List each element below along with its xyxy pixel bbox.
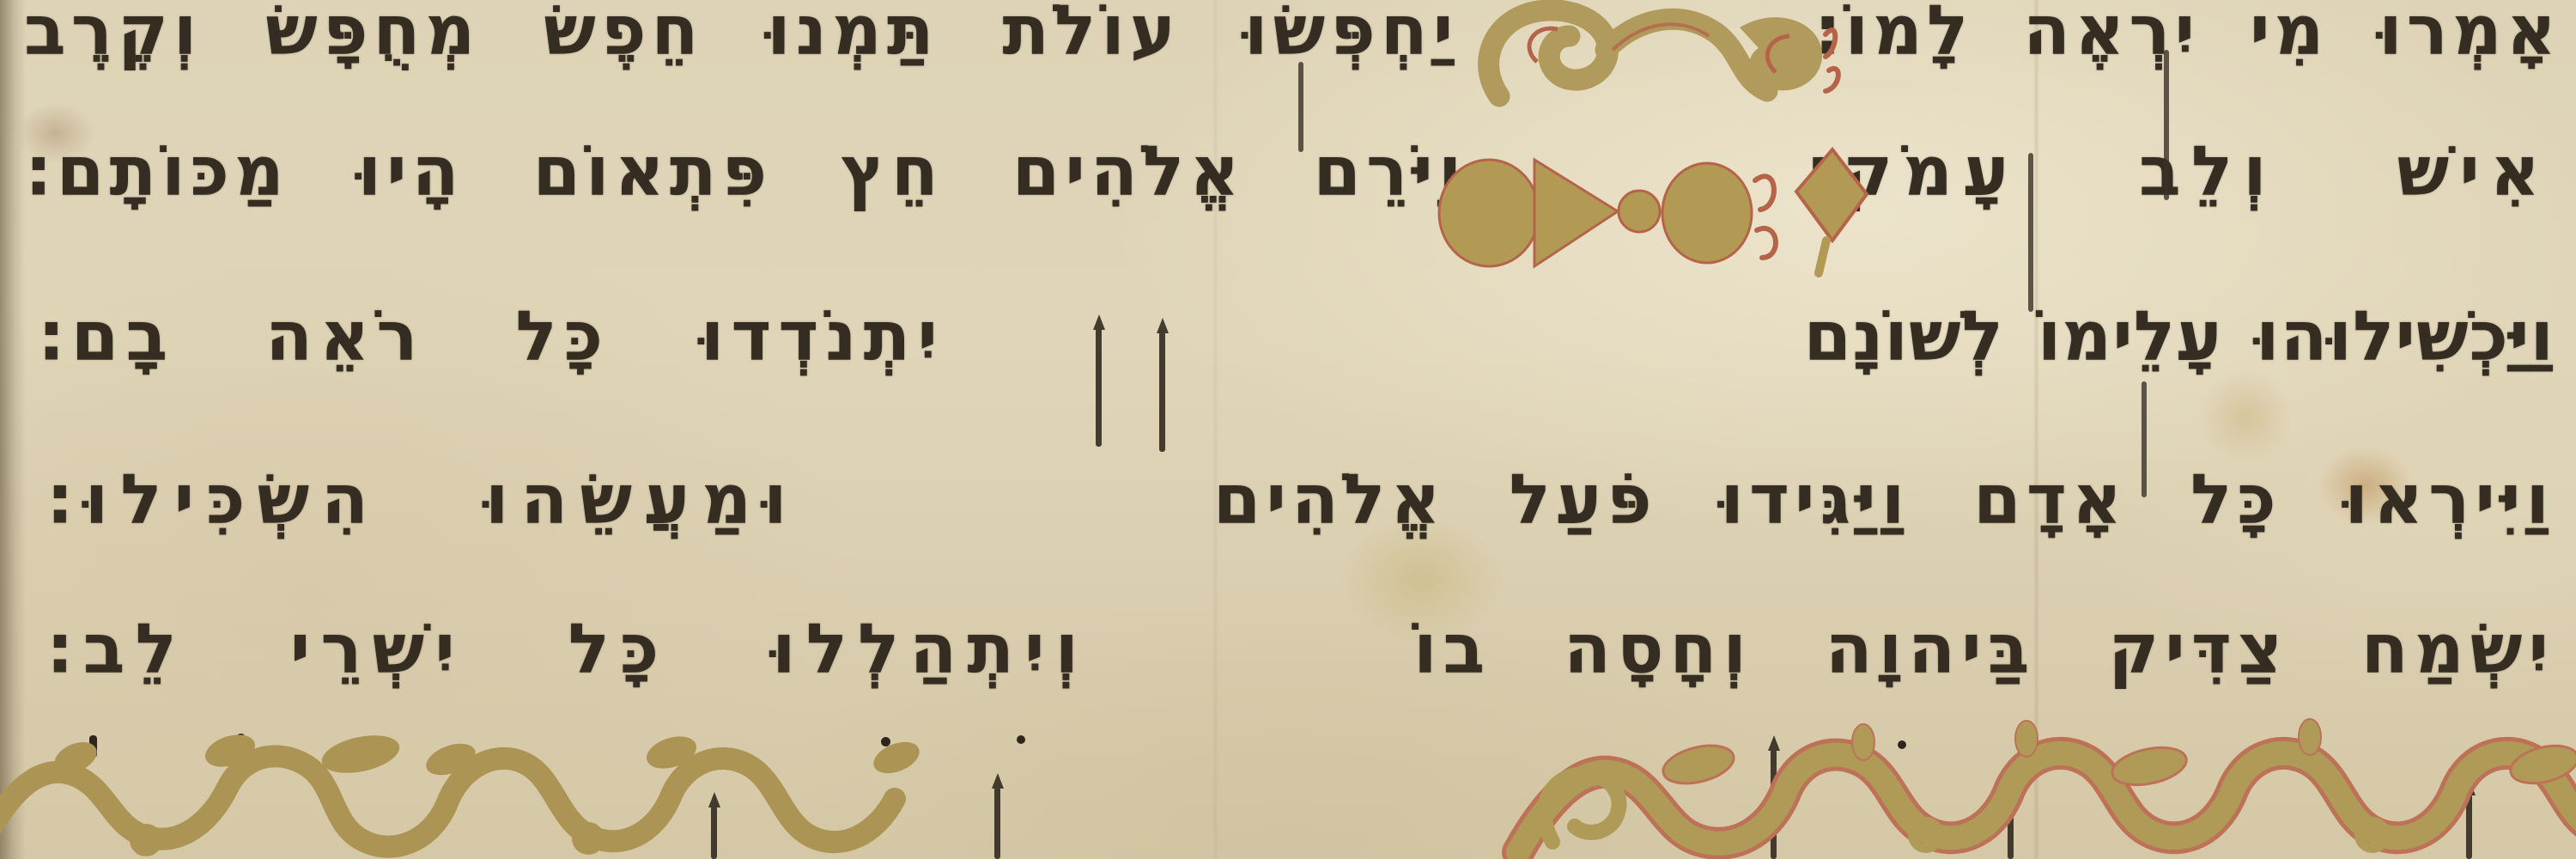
hemistich-left: יִתְנֹדְדוּ כָּל רֹאֵה בָם׃ [39, 301, 945, 373]
lamed-ascender-stroke [2164, 50, 2169, 200]
hemistich-right: יִשְׂמַח צַדִּיק בַּיהוָה וְחָסָה בוֹ [1413, 613, 2555, 685]
gold-scrollwork-band [1535, 730, 2576, 859]
gold-fish-ornament [1436, 127, 1869, 286]
hemistich-left: וּמַעֲשֵׂהוּ הִשְׂכִּילוּ׃ [47, 464, 799, 536]
manuscript-page: אָמְרוּ מִי יִרְאֶה לָמוֹ׃ יַחְפְּשׂוּ ע… [0, 0, 2576, 859]
hemistich-right: אִישׁ וְלֵב עָמֹק׃ [1806, 136, 2550, 208]
text-line: וַיִּירְאוּ כָּל אָדָם וַיַּגִּידוּ פֹּע… [0, 464, 2576, 593]
gold-s-scroll-ornament [1484, 0, 1840, 107]
text-line: וַיַּכְשִׁילוּהוּ עָלֵימוֹ לְשׁוֹנָם יִת… [0, 301, 2576, 429]
hemistich-left: וַיֹּרֵם אֱלֹהִים חֵץ פִּתְאוֹם הָיוּ מַ… [26, 136, 1467, 208]
line-filler-stroke [1159, 332, 1165, 452]
ink-speck [1017, 735, 1025, 744]
hemistich-right: וַיַּכְשִׁילוּהוּ עָלֵימוֹ לְשׁוֹנָם [1804, 301, 2555, 373]
lamed-ascender-stroke [2028, 153, 2033, 312]
lamed-ascender-stroke [1298, 62, 1303, 152]
lamed-ascender-stroke [2142, 381, 2147, 497]
line-filler-stroke [994, 787, 1000, 859]
hemistich-right: וַיִּירְאוּ כָּל אָדָם וַיַּגִּידוּ פֹּע… [1213, 464, 2555, 536]
text-line: יִשְׂמַח צַדִּיק בַּיהוָה וְחָסָה בוֹ וְ… [0, 613, 2576, 742]
hemistich-left: וְיִתְהַלְלוּ כָּל יִשְׁרֵי לֵב׃ [47, 613, 1089, 685]
text-line: אִישׁ וְלֵב עָמֹק׃ וַיֹּרֵם אֱלֹהִים חֵץ… [0, 136, 2576, 265]
hemistich-left: יַחְפְּשׂוּ עוֹלֹת תַּמְנוּ חֵפֶשׂ מְחֻפ… [24, 0, 1458, 67]
hemistich-right: אָמְרוּ מִי יִרְאֶה לָמוֹ׃ [1815, 0, 2561, 67]
gold-wave-band [0, 740, 932, 859]
line-filler-stroke [1096, 328, 1102, 447]
text-line: אָמְרוּ מִי יִרְאֶה לָמוֹ׃ יַחְפְּשׂוּ ע… [0, 0, 2576, 124]
